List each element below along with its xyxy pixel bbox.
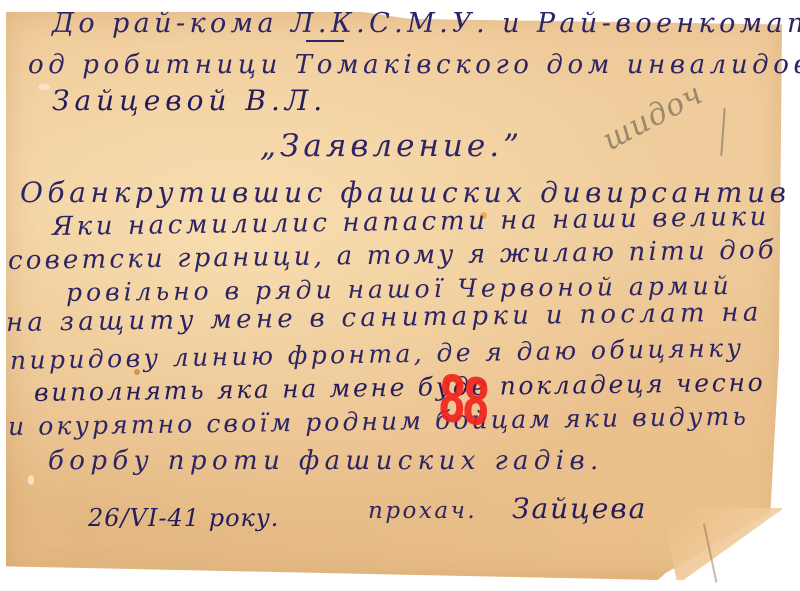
red-number-mark: 88	[437, 362, 488, 441]
signature: Зайцева	[512, 492, 647, 525]
date: 26/VI-41 року.	[88, 504, 279, 532]
header-line-1: До рай-кома Л.К.С.М.У. и Рай-военкомата	[52, 8, 800, 39]
body-line-9: борбу проти фашиских гадів.	[48, 446, 604, 476]
header-line-2: од робитници Томаківского дом инвалидов	[28, 50, 800, 80]
header-line-3: Зайцевой В.Л.	[52, 84, 327, 117]
underline-lksmu	[306, 40, 344, 42]
stain	[38, 84, 50, 90]
document-title: „Заявление.”	[260, 128, 523, 164]
folded-corner	[662, 508, 782, 580]
stain	[28, 475, 34, 485]
closing: прохач.	[368, 498, 477, 524]
